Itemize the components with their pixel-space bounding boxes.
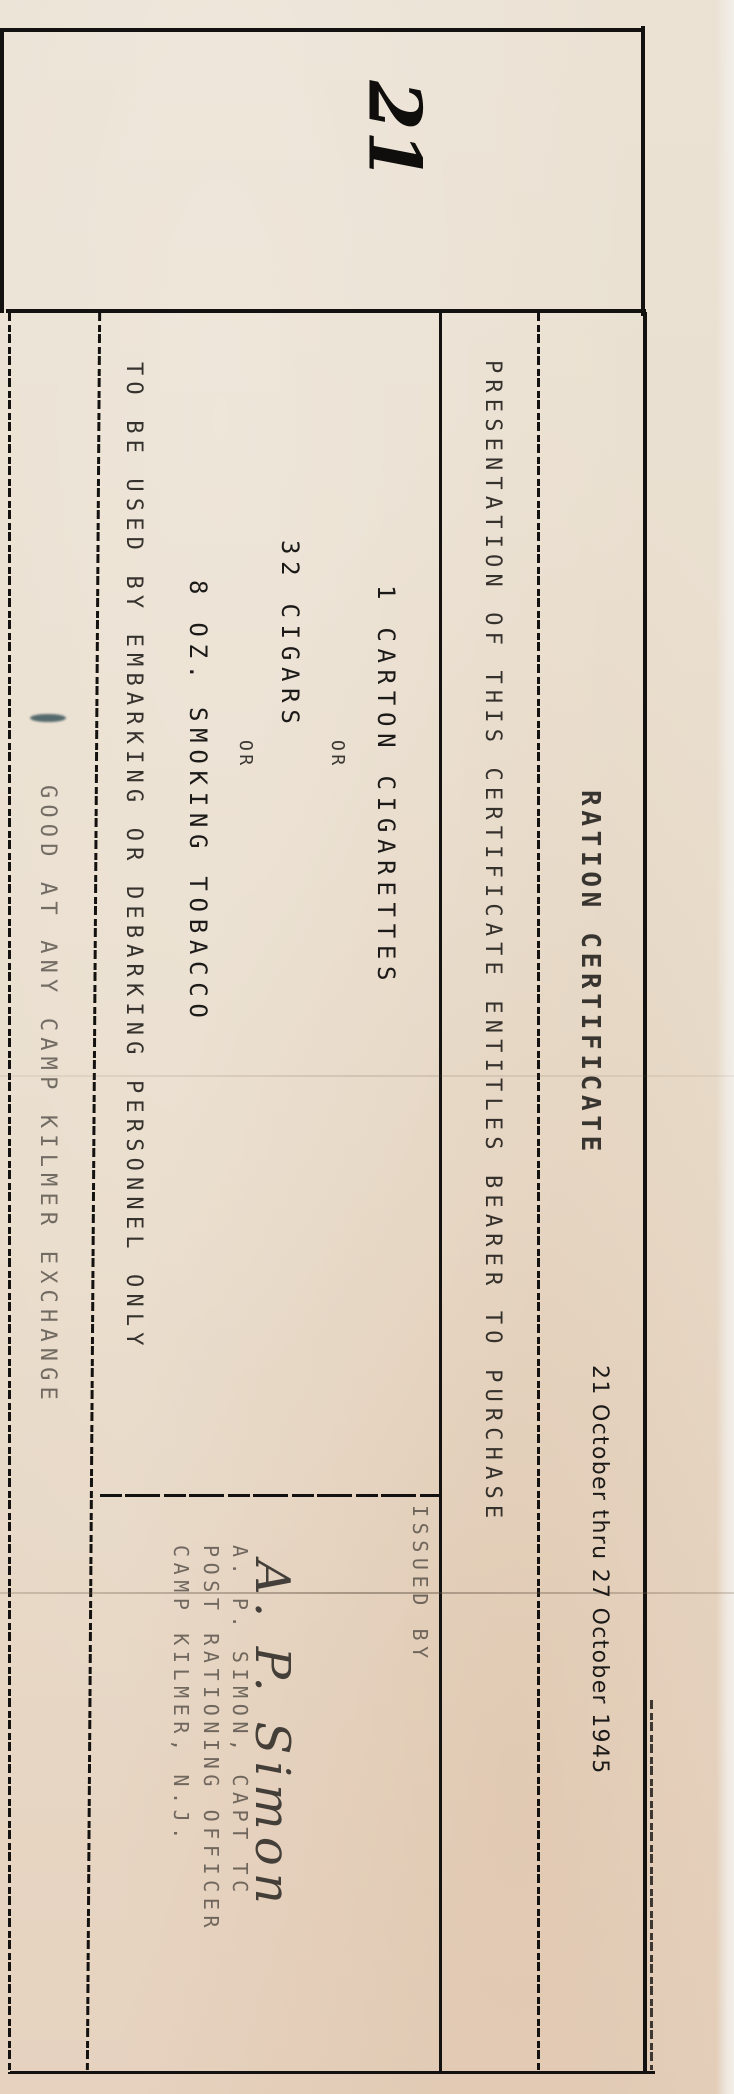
date-column-gap-marker [650, 1700, 653, 2070]
ink-smudge [30, 714, 66, 722]
top-box-top-border [0, 28, 645, 32]
preamble-text: PRESENTATION OF THIS CERTIFICATE ENTITLE… [480, 360, 505, 1524]
item-cigarettes: 1 CARTON CIGARETTES [372, 585, 400, 987]
left-outer-border [8, 312, 11, 2074]
handwritten-number: 21 [353, 80, 438, 180]
issuer-line-3: CAMP KILMER, N.J. [169, 1545, 193, 1845]
fold-crease-2 [0, 1075, 734, 1077]
items-box-right-border [439, 312, 442, 2074]
signature: A. P. Simon [244, 1560, 300, 1911]
top-box-bottom-border [6, 309, 646, 313]
paper-edge [716, 0, 734, 2094]
top-box-right-border [641, 26, 645, 316]
issuer-line-2: POST RATIONING OFFICER [199, 1545, 223, 1933]
validity-location: GOOD AT ANY CAMP KILMER EXCHANGE [35, 785, 60, 1406]
items-box-divider [100, 1494, 440, 1497]
certificate-title: RATION CERTIFICATE [575, 790, 605, 1156]
left-inner-border [86, 312, 101, 2074]
issuer-line-1: A. P. SIMON, CAPT TC [228, 1545, 252, 1898]
item-smoking-tobacco: 8 OZ. SMOKING TOBACCO [184, 580, 212, 1025]
item-cigars: 32 CIGARS [276, 540, 304, 731]
header-column-border [537, 312, 540, 2074]
restriction-text: TO BE USED BY EMBARKING OR DEBARKING PER… [121, 362, 146, 1352]
top-box-left-border [0, 28, 4, 313]
fold-crease [0, 1592, 734, 1594]
separator-or-1: OR [327, 740, 348, 769]
issued-by-label: ISSUED BY [408, 1505, 432, 1664]
right-outer-border [643, 312, 647, 2074]
bottom-border [10, 2071, 655, 2074]
validity-period: 21 October thru 27 October 1945 [587, 1365, 612, 1775]
separator-or-2: OR [235, 740, 256, 769]
